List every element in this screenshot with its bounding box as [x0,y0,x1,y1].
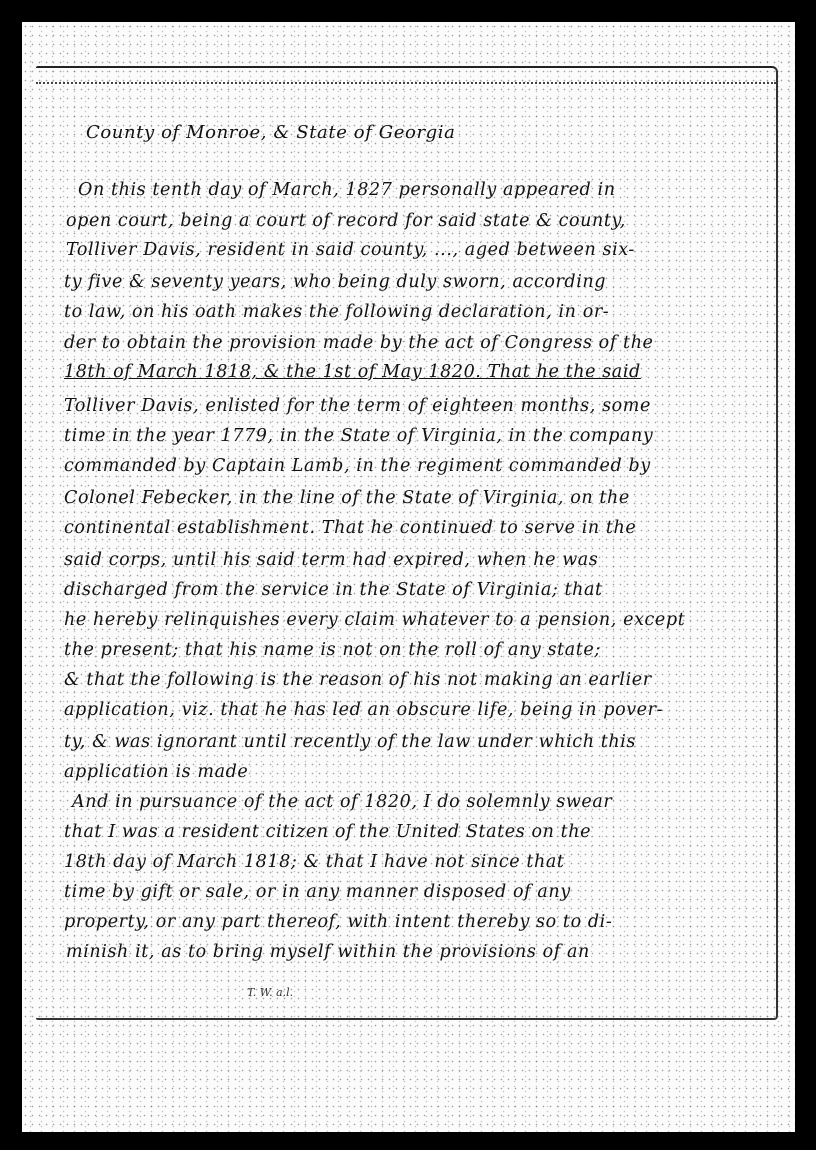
text-line: application, viz. that he has led an obs… [64,700,663,720]
text-line: Tolliver Davis, enlisted for the term of… [64,396,651,416]
text-line: he hereby relinquishes every claim whate… [64,610,685,630]
text-line: & that the following is the reason of hi… [64,670,652,690]
document-heading: County of Monroe, & State of Georgia [86,122,456,143]
text-line: ty, & was ignorant until recently of the… [64,732,636,752]
text-line: Colonel Febecker, in the line of the Sta… [64,488,630,508]
text-line: discharged from the service in the State… [64,580,603,600]
text-line: ty five & seventy years, who being duly … [64,272,606,292]
text-line: application is made [64,762,248,782]
marginal-notation: T. W. a.l. [247,986,293,999]
text-line: time by gift or sale, or in any manner d… [64,882,571,902]
top-dotted-rule [36,82,776,84]
text-line: commanded by Captain Lamb, in the regime… [64,456,651,476]
text-line: that I was a resident citizen of the Uni… [64,822,591,842]
text-line: continental establishment. That he conti… [64,518,636,538]
text-line: der to obtain the provision made by the … [64,333,654,353]
document-page: County of Monroe, & State of Georgia On … [22,22,795,1132]
text-line: said corps, until his said term had expi… [64,550,598,570]
text-line: On this tenth day of March, 1827 persona… [78,180,616,200]
text-line: open court, being a court of record for … [66,211,626,231]
text-line: property, or any part thereof, with inte… [64,912,612,932]
text-line: And in pursuance of the act of 1820, I d… [72,792,612,812]
text-line: to law, on his oath makes the following … [64,302,609,322]
text-line: minish it, as to bring myself within the… [66,942,590,962]
text-line: the present; that his name is not on the… [64,640,601,660]
text-line: 18th of March 1818, & the 1st of May 182… [64,362,641,382]
text-line: Tolliver Davis, resident in said county,… [66,240,635,260]
text-line: time in the year 1779, in the State of V… [64,426,653,446]
page-frame-border [36,66,778,1020]
text-line: 18th day of March 1818; & that I have no… [64,852,565,872]
